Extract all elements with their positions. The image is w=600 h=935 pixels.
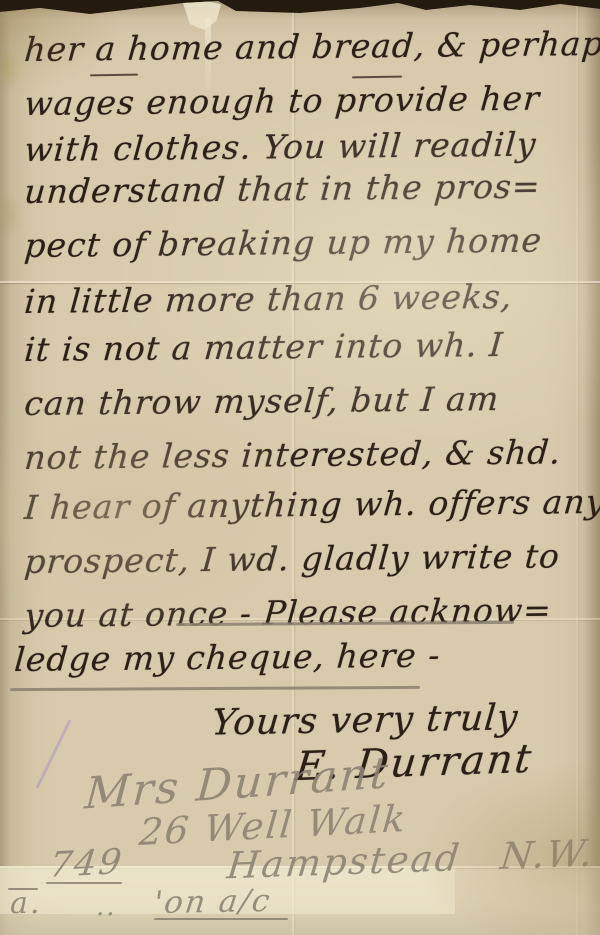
letter-line: with clothes. You will readily <box>23 125 538 169</box>
paper-right-shading <box>584 0 600 935</box>
pencil-address-line2: Hampstead N.W. <box>225 832 597 888</box>
paper-left-shading <box>0 0 10 935</box>
letter-line: ledge my cheque, here - <box>13 636 442 679</box>
paper-top-shading <box>0 0 600 20</box>
fold-crease <box>0 281 600 283</box>
letter-signature: E. Durrant <box>293 736 535 790</box>
pencil-note-fragment: 'on a/c <box>152 883 274 921</box>
letter-line: her a home and bread, & perhaps <box>23 24 600 69</box>
letter-line: you at once - Please acknow= <box>23 590 553 635</box>
letter-closing: Yours very truly <box>210 697 520 743</box>
letter-line: it is not a matter into wh. I <box>23 325 505 369</box>
fold-crease <box>0 866 600 868</box>
overline-a <box>8 888 38 890</box>
pencil-address-line1: 26 Well Walk <box>137 797 409 854</box>
pencil-note-fragment: a. <box>10 886 41 921</box>
pencil-name: Mrs Durrant <box>83 748 391 820</box>
underline-please-acknowledge <box>176 621 514 626</box>
letter-line: I hear of anything wh. offers any <box>23 482 600 527</box>
torn-edge-streak <box>205 18 211 96</box>
bottom-light-band <box>0 867 600 935</box>
pencil-number: 749 <box>47 842 125 886</box>
bottom-light-patch <box>0 866 455 914</box>
letter-line: pect of breaking up my home <box>23 221 544 265</box>
pencil-note-fragment: .. <box>96 892 117 922</box>
letter-photograph: her a home and bread, & perhaps wages en… <box>0 0 600 935</box>
letter-page: her a home and bread, & perhaps wages en… <box>0 0 600 935</box>
underline-number <box>46 882 122 884</box>
ink-underline-home <box>90 74 138 77</box>
letter-line: not the less interested, & shd. <box>23 432 563 477</box>
letter-line: prospect, I wd. gladly write to <box>23 536 562 581</box>
paper-stain <box>0 192 24 238</box>
letter-line: can throw myself, but I am <box>23 379 501 423</box>
letter-line: wages enough to provide her <box>23 79 542 123</box>
letter-line: in little more than 6 weeks, <box>23 277 514 321</box>
letter-line: understand that in the pros= <box>23 167 542 211</box>
purple-pencil-mark <box>35 719 71 789</box>
fold-crease-vertical <box>292 0 294 935</box>
underline-cheque-here <box>10 686 420 691</box>
ink-underline-bread <box>352 76 402 79</box>
fold-crease-vertical <box>576 0 578 935</box>
fold-crease <box>0 618 600 620</box>
underline-on-account <box>154 918 288 920</box>
paper-stain <box>0 46 22 90</box>
torn-edge-chip <box>183 0 221 30</box>
